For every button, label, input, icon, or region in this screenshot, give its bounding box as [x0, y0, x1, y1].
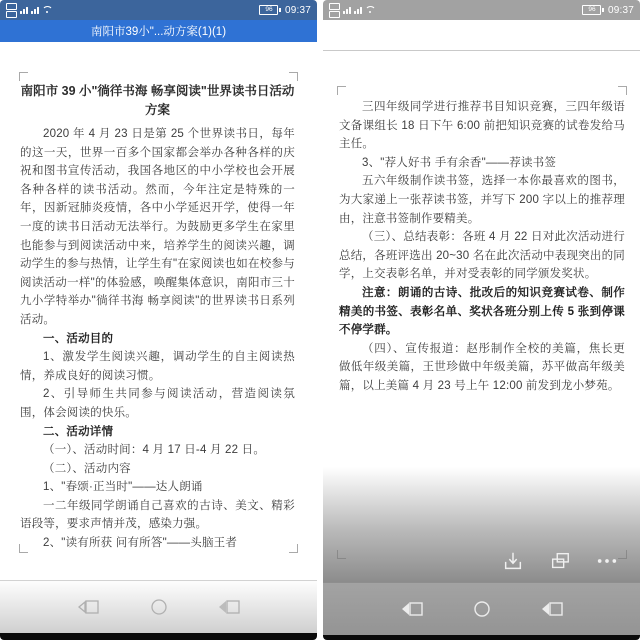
wifi-icon [42, 6, 53, 14]
screenshot-montage: 96 09:37 南阳市39小"...动方案(1)(1) 南阳市 39 小"徜徉… [0, 0, 640, 640]
document-paragraph: 2、引导师生共同参与阅读活动，营造阅读氛围，体会阅读的快乐。 [20, 385, 295, 422]
overlap-windows-icon [549, 550, 571, 572]
document-paragraph: 五六年级制作读书签，选择一本你最喜欢的图书，为大家递上一张荐读书签，并写下 20… [339, 172, 625, 228]
right-phone-screen: 96 09:37 三四年级同学进行推荐书目知识竞赛，三四年级语文备课组长 18 … [323, 0, 640, 640]
signal-icon [354, 7, 362, 14]
page-corner-mark [19, 544, 28, 553]
page-corner-mark [289, 72, 298, 81]
left-phone-screen: 96 09:37 南阳市39小"...动方案(1)(1) 南阳市 39 小"徜徉… [0, 0, 317, 640]
back-button[interactable] [214, 594, 244, 620]
page-edge-line [323, 50, 640, 51]
wifi-icon [365, 6, 376, 14]
left-status-bar: 96 09:37 [0, 0, 317, 20]
image-viewer-overlay [323, 467, 640, 582]
back-icon [540, 599, 564, 619]
home-button[interactable] [467, 596, 497, 622]
back-icon [217, 597, 241, 617]
signal-icon [31, 7, 39, 14]
document-page[interactable]: 南阳市 39 小"徜徉书海 畅享阅读"世界读书日活动方案 2020 年 4 月 … [0, 42, 317, 580]
back-button[interactable] [537, 596, 567, 622]
more-button[interactable] [596, 550, 618, 572]
document-body: 三四年级同学进行推荐书目知识竞赛，三四年级语文备课组长 18 日下午 6:00 … [339, 98, 625, 396]
document-paragraph: （二）、活动内容 [20, 460, 295, 479]
left-navigation-bar [0, 580, 317, 633]
recents-icon [77, 597, 101, 617]
document-body: 2020 年 4 月 23 日是第 25 个世界读书日，每年的这一天，世界一百多… [20, 125, 295, 553]
recents-button[interactable] [74, 594, 104, 620]
right-status-bar: 96 09:37 [323, 0, 640, 20]
document-paragraph: 注意：朗诵的古诗、批改后的知识竞赛试卷、制作精美的书签、表彰名单、奖状各班分别上… [339, 284, 625, 340]
document-paragraph: 1、"春颂·正当时"——达人朗诵 [20, 478, 295, 497]
document-heading: 南阳市 39 小"徜徉书海 畅享阅读"世界读书日活动方案 [20, 82, 295, 120]
page-corner-mark [337, 86, 346, 95]
more-dots-icon [596, 556, 618, 566]
document-page[interactable]: 三四年级同学进行推荐书目知识竞赛，三四年级语文备课组长 18 日下午 6:00 … [323, 20, 640, 582]
battery-percent: 96 [582, 5, 601, 15]
page-corner-mark [289, 544, 298, 553]
recents-button[interactable] [397, 596, 427, 622]
document-paragraph: 1、激发学生阅读兴趣，调动学生的自主阅读热情，养成良好的阅读习惯。 [20, 348, 295, 385]
battery-icon: 96 [582, 5, 604, 15]
page-corner-mark [19, 72, 28, 81]
message-icon [6, 3, 17, 18]
home-button[interactable] [144, 594, 174, 620]
document-paragraph: 二、活动详情 [20, 423, 295, 442]
clock-text: 09:37 [285, 5, 311, 16]
document-paragraph: （三）、总结表彰：各班 4 月 22 日对此次活动进行总结，各班评选出 20~3… [339, 228, 625, 284]
document-paragraph: 3、"荐人好书 手有余香"——荐读书签 [339, 154, 625, 173]
battery-percent: 96 [259, 5, 278, 15]
battery-icon: 96 [259, 5, 281, 15]
clock-text: 09:37 [608, 5, 634, 16]
document-paragraph: 2020 年 4 月 23 日是第 25 个世界读书日，每年的这一天，世界一百多… [20, 125, 295, 330]
document-paragraph: 一、活动目的 [20, 330, 295, 349]
document-paragraph: （四）、宣传报道：赵彤制作全校的美篇，焦长更做低年级美篇，王世珍做中年级美篇，苏… [339, 340, 625, 396]
screen-bottom-edge [323, 635, 640, 640]
document-title-bar: 南阳市39小"...动方案(1)(1) [0, 20, 317, 42]
home-icon [149, 597, 169, 617]
document-paragraph: 2、"读有所获 问有所答"——头脑王者 [20, 534, 295, 553]
viewer-action-row [502, 550, 618, 572]
document-paragraph: 三四年级同学进行推荐书目知识竞赛，三四年级语文备课组长 18 日下午 6:00 … [339, 98, 625, 154]
copy-button[interactable] [549, 550, 571, 572]
recents-icon [400, 599, 424, 619]
home-icon [472, 599, 492, 619]
document-file-name: 南阳市39小"...动方案(1)(1) [91, 23, 226, 39]
message-icon [329, 3, 340, 18]
page-corner-mark [618, 86, 627, 95]
download-icon [502, 550, 524, 572]
signal-icon [343, 7, 351, 14]
screen-bottom-edge [0, 633, 317, 640]
document-paragraph: 一二年级同学朗诵自己喜欢的古诗、美文、精彩语段等，要求声情并茂，感染力强。 [20, 497, 295, 534]
download-button[interactable] [502, 550, 524, 572]
document-paragraph: （一）、活动时间：4 月 17 日-4 月 22 日。 [20, 441, 295, 460]
right-navigation-bar [323, 582, 640, 635]
signal-icon [20, 7, 28, 14]
